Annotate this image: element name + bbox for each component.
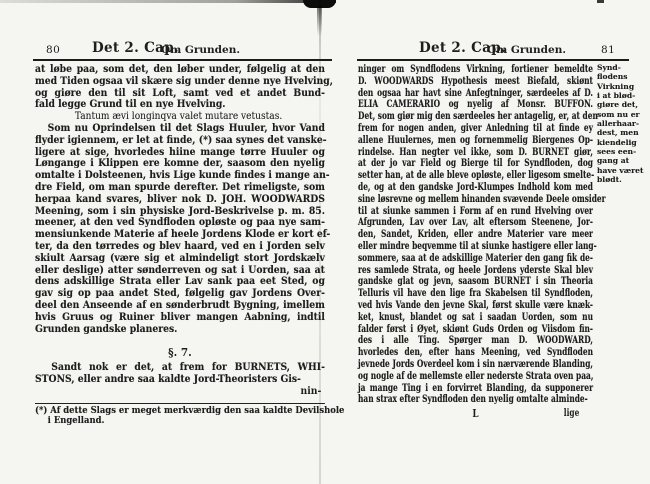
right-paragraph-line: jevnede Jords Overdeel kom i sin nærvære…	[358, 359, 593, 371]
right-paragraph-line: frem for nogen anden, giver Anledning ti…	[358, 123, 593, 135]
left-paragraph-2-line: flyder igiennem, er let at finde, (*) sa…	[35, 135, 325, 147]
right-paragraph-line: gandske glat og jevn, saasom BURNET i si…	[358, 276, 593, 288]
margin-note-line: blødt.	[597, 175, 650, 184]
right-paragraph-line: ninger om Syndflodens Virkning, fortiene…	[358, 64, 593, 76]
right-paragraph-line: falder først i Øyet, skiønt Guds Orden o…	[358, 324, 593, 336]
right-paragraph-line: sine løsrevne og mellem hinanden svævend…	[358, 194, 593, 206]
left-paragraph-1-line: fald legge Grund til en nye Hvelving.	[35, 99, 325, 111]
right-paragraph-line: Telluris vil have den lige fra Skabelsen…	[358, 288, 593, 300]
left-page-number: 80	[46, 44, 60, 56]
left-paragraph-2-line: hvis Gruus og Ruiner bliver mangen Aabni…	[35, 312, 325, 324]
left-catchword: nin-	[35, 386, 325, 398]
right-paragraph-line: Afgrunden, Lav over Lav, alt eftersom St…	[358, 217, 593, 229]
right-paragraph-line: ja mange Ting i en forvirret Blanding, d…	[358, 383, 593, 395]
left-paragraph-3-line: STONS, eller andre saa kaldte Jord-Theor…	[35, 374, 325, 386]
right-header-rule	[357, 59, 629, 61]
section-heading: §. 7.	[35, 347, 325, 359]
right-paragraph-line: sommere, saa at de adskillige Materier d…	[358, 253, 593, 265]
right-paragraph-line: setter han, at de alle bleve opløste, el…	[358, 170, 593, 182]
right-paragraph-line: til at siunke sammen i Form af en rund H…	[358, 206, 593, 218]
right-paragraph-line: allene Huulernes, men og fornemmelig Bie…	[358, 135, 593, 147]
margin-note-line: gang at	[597, 156, 650, 165]
margin-note-line: flodens	[597, 72, 650, 81]
book-scan-page-spread: 80 Det 2. Cap. Om Grunden. Det 2. Cap. O…	[0, 0, 650, 484]
right-paragraph-line: res samlede Strata, og heele Jordens yde…	[358, 265, 593, 277]
margin-note-line: have været	[597, 166, 650, 175]
right-paragraph-line: han strax efter Syndfloden den nyelig om…	[358, 394, 593, 406]
right-paragraph-line: den, Sandet, Kriden, eller andre Materie…	[358, 229, 593, 241]
right-paragraph-line: ELIA CAMERARIO og nyelig af Monsr. BUFFO…	[358, 99, 593, 111]
right-paragraph: ninger om Syndflodens Virkning, fortiene…	[358, 64, 593, 406]
left-paragraph-2-line: Som nu Oprindelsen til det Slags Huuler,…	[35, 123, 325, 135]
right-header-section: Om Grunden.	[487, 44, 566, 56]
right-catchword: lige	[564, 408, 580, 420]
signature-mark: L	[358, 408, 593, 420]
right-page-text-column: ninger om Syndflodens Virkning, fortiene…	[358, 64, 593, 421]
right-paragraph-line: rindelse. Han negter vel ikke, som D. BU…	[358, 147, 593, 159]
right-paragraph-line: de, og at den gandske Jord-Klumpes Indho…	[358, 182, 593, 194]
left-paragraph-3: Sandt nok er det, at frem for BURNETS, W…	[35, 362, 325, 386]
right-paragraph-line: hvorledes den, efter hans Meening, ved S…	[358, 347, 593, 359]
left-header-section: Om Grunden.	[161, 44, 240, 56]
left-paragraph-2-line: ter, da den tørredes og blev haard, ved …	[35, 241, 325, 253]
margin-note-line: som nu er	[597, 110, 650, 119]
footnote: (*) Af dette Slags er meget merkværdig d…	[35, 406, 325, 427]
left-page-text-column: at løbe paa, som det, den løber under, f…	[35, 64, 325, 427]
left-paragraph-2: Som nu Oprindelsen til det Slags Huuler,…	[35, 123, 325, 335]
margin-note-line: sees een-	[597, 147, 650, 156]
left-paragraph-2-line: deel den Anseende af en sønderbrudt Bygn…	[35, 300, 325, 312]
right-paragraph-line: den ogsaa har havt sine Anfegtninger, sæ…	[358, 88, 593, 100]
left-paragraph-2-line: herpaa kand svares, bliver nok D. JOH. W…	[35, 194, 325, 206]
right-paragraph-line: eller mindre beqvemme til at siunke hast…	[358, 241, 593, 253]
right-paragraph-line: des i alle Ting. Spørger man D. WOODWARD…	[358, 335, 593, 347]
right-paragraph-line: at der jo var Field og Bierge til for Sy…	[358, 158, 593, 170]
scan-edge-mark	[597, 0, 604, 3]
margin-note-line: Virkning	[597, 82, 650, 91]
left-paragraph-2-line: Grunden gandske planeres.	[35, 324, 325, 336]
margin-note-line: dest, men	[597, 128, 650, 137]
right-page-footer-row: L lige	[358, 408, 593, 421]
left-paragraph-1: at løbe paa, som det, den løber under, f…	[35, 64, 325, 111]
scan-top-edge-shadow	[0, 0, 336, 3]
right-paragraph-line: D. WOODWARDS Hypothesis meest Biefald, s…	[358, 76, 593, 88]
margin-note: Synd-flodensVirkningi at blød-giøre det,…	[597, 63, 650, 184]
right-paragraph-line: Det, som giør mig den særdeeles her anta…	[358, 111, 593, 123]
left-paragraph-2-line: skiult Aarsag (være sig et almindeligt s…	[35, 253, 325, 265]
right-page-number: 81	[601, 44, 615, 56]
margin-note-line: giøre det,	[597, 100, 650, 109]
left-header-rule	[33, 59, 332, 61]
right-paragraph-line: og nogle af de mellemste eller nederste …	[358, 371, 593, 383]
margin-note-line: Synd-	[597, 63, 650, 72]
margin-note-line: i at blød-	[597, 91, 650, 100]
margin-note-line: allerhaar-	[597, 119, 650, 128]
margin-note-line: kiendelig	[597, 138, 650, 147]
right-paragraph-line: ved hvis Vande den jevne Skal, først sku…	[358, 300, 593, 312]
left-paragraph-2-line: dre Field, om man spurde derefter. Det r…	[35, 182, 325, 194]
footnote-line: i Engelland.	[35, 416, 325, 427]
right-paragraph-line: ket, knust, blandet og sat i saadan Uord…	[358, 312, 593, 324]
left-paragraph-1-line: med Tiden ogsaa vil skære sig under denn…	[35, 76, 325, 88]
footnote-rule	[35, 403, 325, 404]
